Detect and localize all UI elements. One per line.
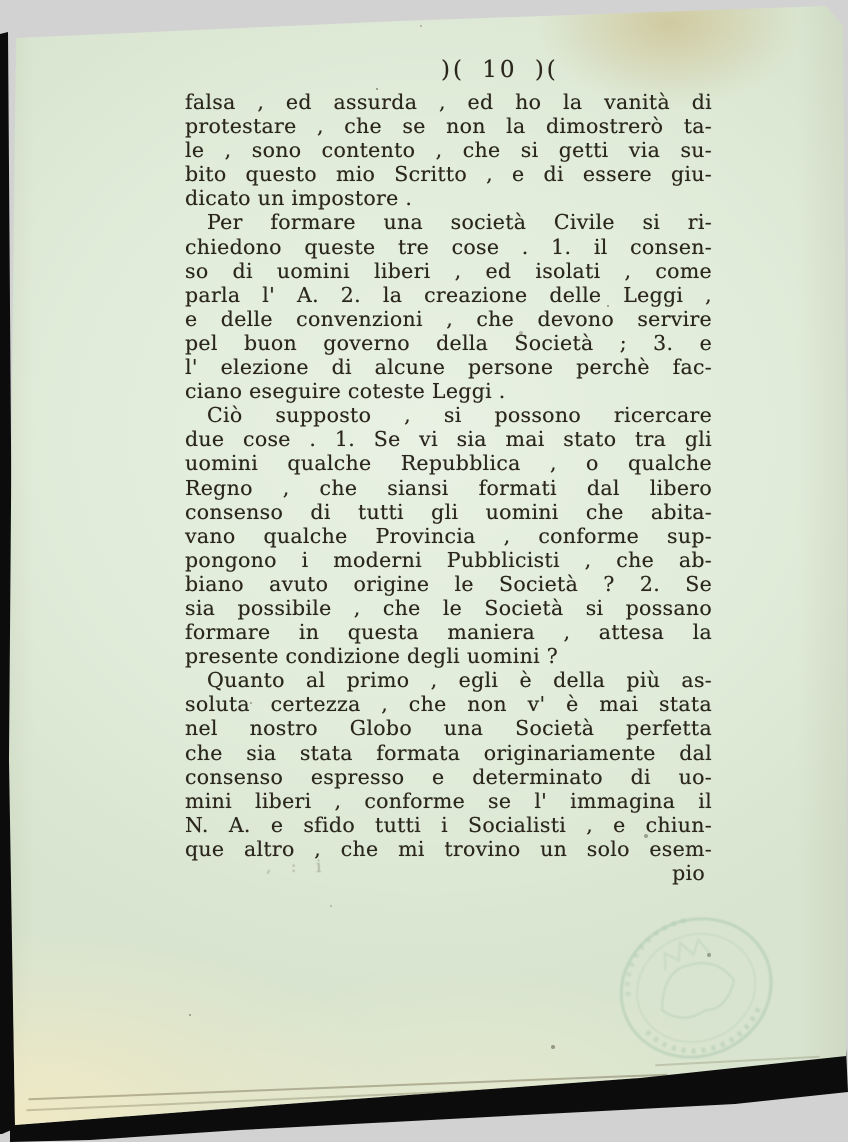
paper-speckles	[0, 0, 2, 2]
text-line: presente condizione degli uomini ?	[185, 644, 712, 668]
text-line: chiedono queste tre cose . 1. il consen-	[185, 235, 712, 259]
body-text: falsa , ed assurda , ed ho la vanità dip…	[185, 90, 712, 861]
text-line: le , sono contento , che si getti via su…	[185, 138, 712, 162]
scanned-page: )( 10 )( falsa , ed assurda , ed ho la v…	[0, 0, 848, 1142]
catchword: pio	[185, 861, 705, 885]
text-line: N. A. e sfido tutti i Socialisti , e chi…	[185, 813, 712, 837]
text-line: Per formare una società Civile si ri-	[185, 210, 712, 234]
text-line: falsa , ed assurda , ed ho la vanità di	[185, 90, 712, 114]
text-line: uomini qualche Repubblica , o qualche	[185, 451, 712, 475]
text-line: consenso espresso e determinato di uo-	[185, 765, 712, 789]
text-line: sia possibile , che le Società si possan…	[185, 596, 712, 620]
text-line: mini liberi , conforme se l' immagina il	[185, 789, 712, 813]
text-line: Ciò supposto , si possono ricercare	[185, 403, 712, 427]
text-line: vano qualche Provincia , conforme sup-	[185, 524, 712, 548]
text-line: e delle convenzioni , che devono servire	[185, 307, 712, 331]
text-line: consenso di tutti gli uomini che abita-	[185, 500, 712, 524]
text-line: pel buon governo della Società ; 3. e	[185, 331, 712, 355]
text-line: dicato un impostore .	[185, 186, 712, 210]
text-line: pongono i moderni Pubblicisti , che ab-	[185, 548, 712, 572]
text-line: formare in questa maniera , attesa la	[185, 620, 712, 644]
text-line: parla l' A. 2. la creazione delle Leggi …	[185, 283, 712, 307]
page-number-header: )( 10 )(	[441, 57, 559, 83]
book-page: )( 10 )( falsa , ed assurda , ed ho la v…	[0, 0, 848, 1142]
text-line: ciano eseguire coteste Leggi .	[185, 379, 712, 403]
text-line: due cose . 1. Se vi sia mai stato tra gl…	[185, 427, 712, 451]
text-line: bito questo mio Scritto , e di essere gi…	[185, 162, 712, 186]
text-line: biano avuto origine le Società ? 2. Se	[185, 572, 712, 596]
text-line: soluta certezza , che non v' è mai stata	[185, 692, 712, 716]
text-line: Regno , che siansi formati dal libero	[185, 476, 712, 500]
text-line: protestare , che se non la dimostrerò ta…	[185, 114, 712, 138]
text-line: que altro , che mi trovino un solo esem-	[185, 837, 712, 861]
text-line: nel nostro Globo una Società perfetta	[185, 716, 712, 740]
text-line: Quanto al primo , egli è della più as-	[185, 668, 712, 692]
text-line: l' elezione di alcune persone perchè fac…	[185, 355, 712, 379]
text-line: so di uomini liberi , ed isolati , come	[185, 259, 712, 283]
text-line: che sia stata formata originariamente da…	[185, 741, 712, 765]
